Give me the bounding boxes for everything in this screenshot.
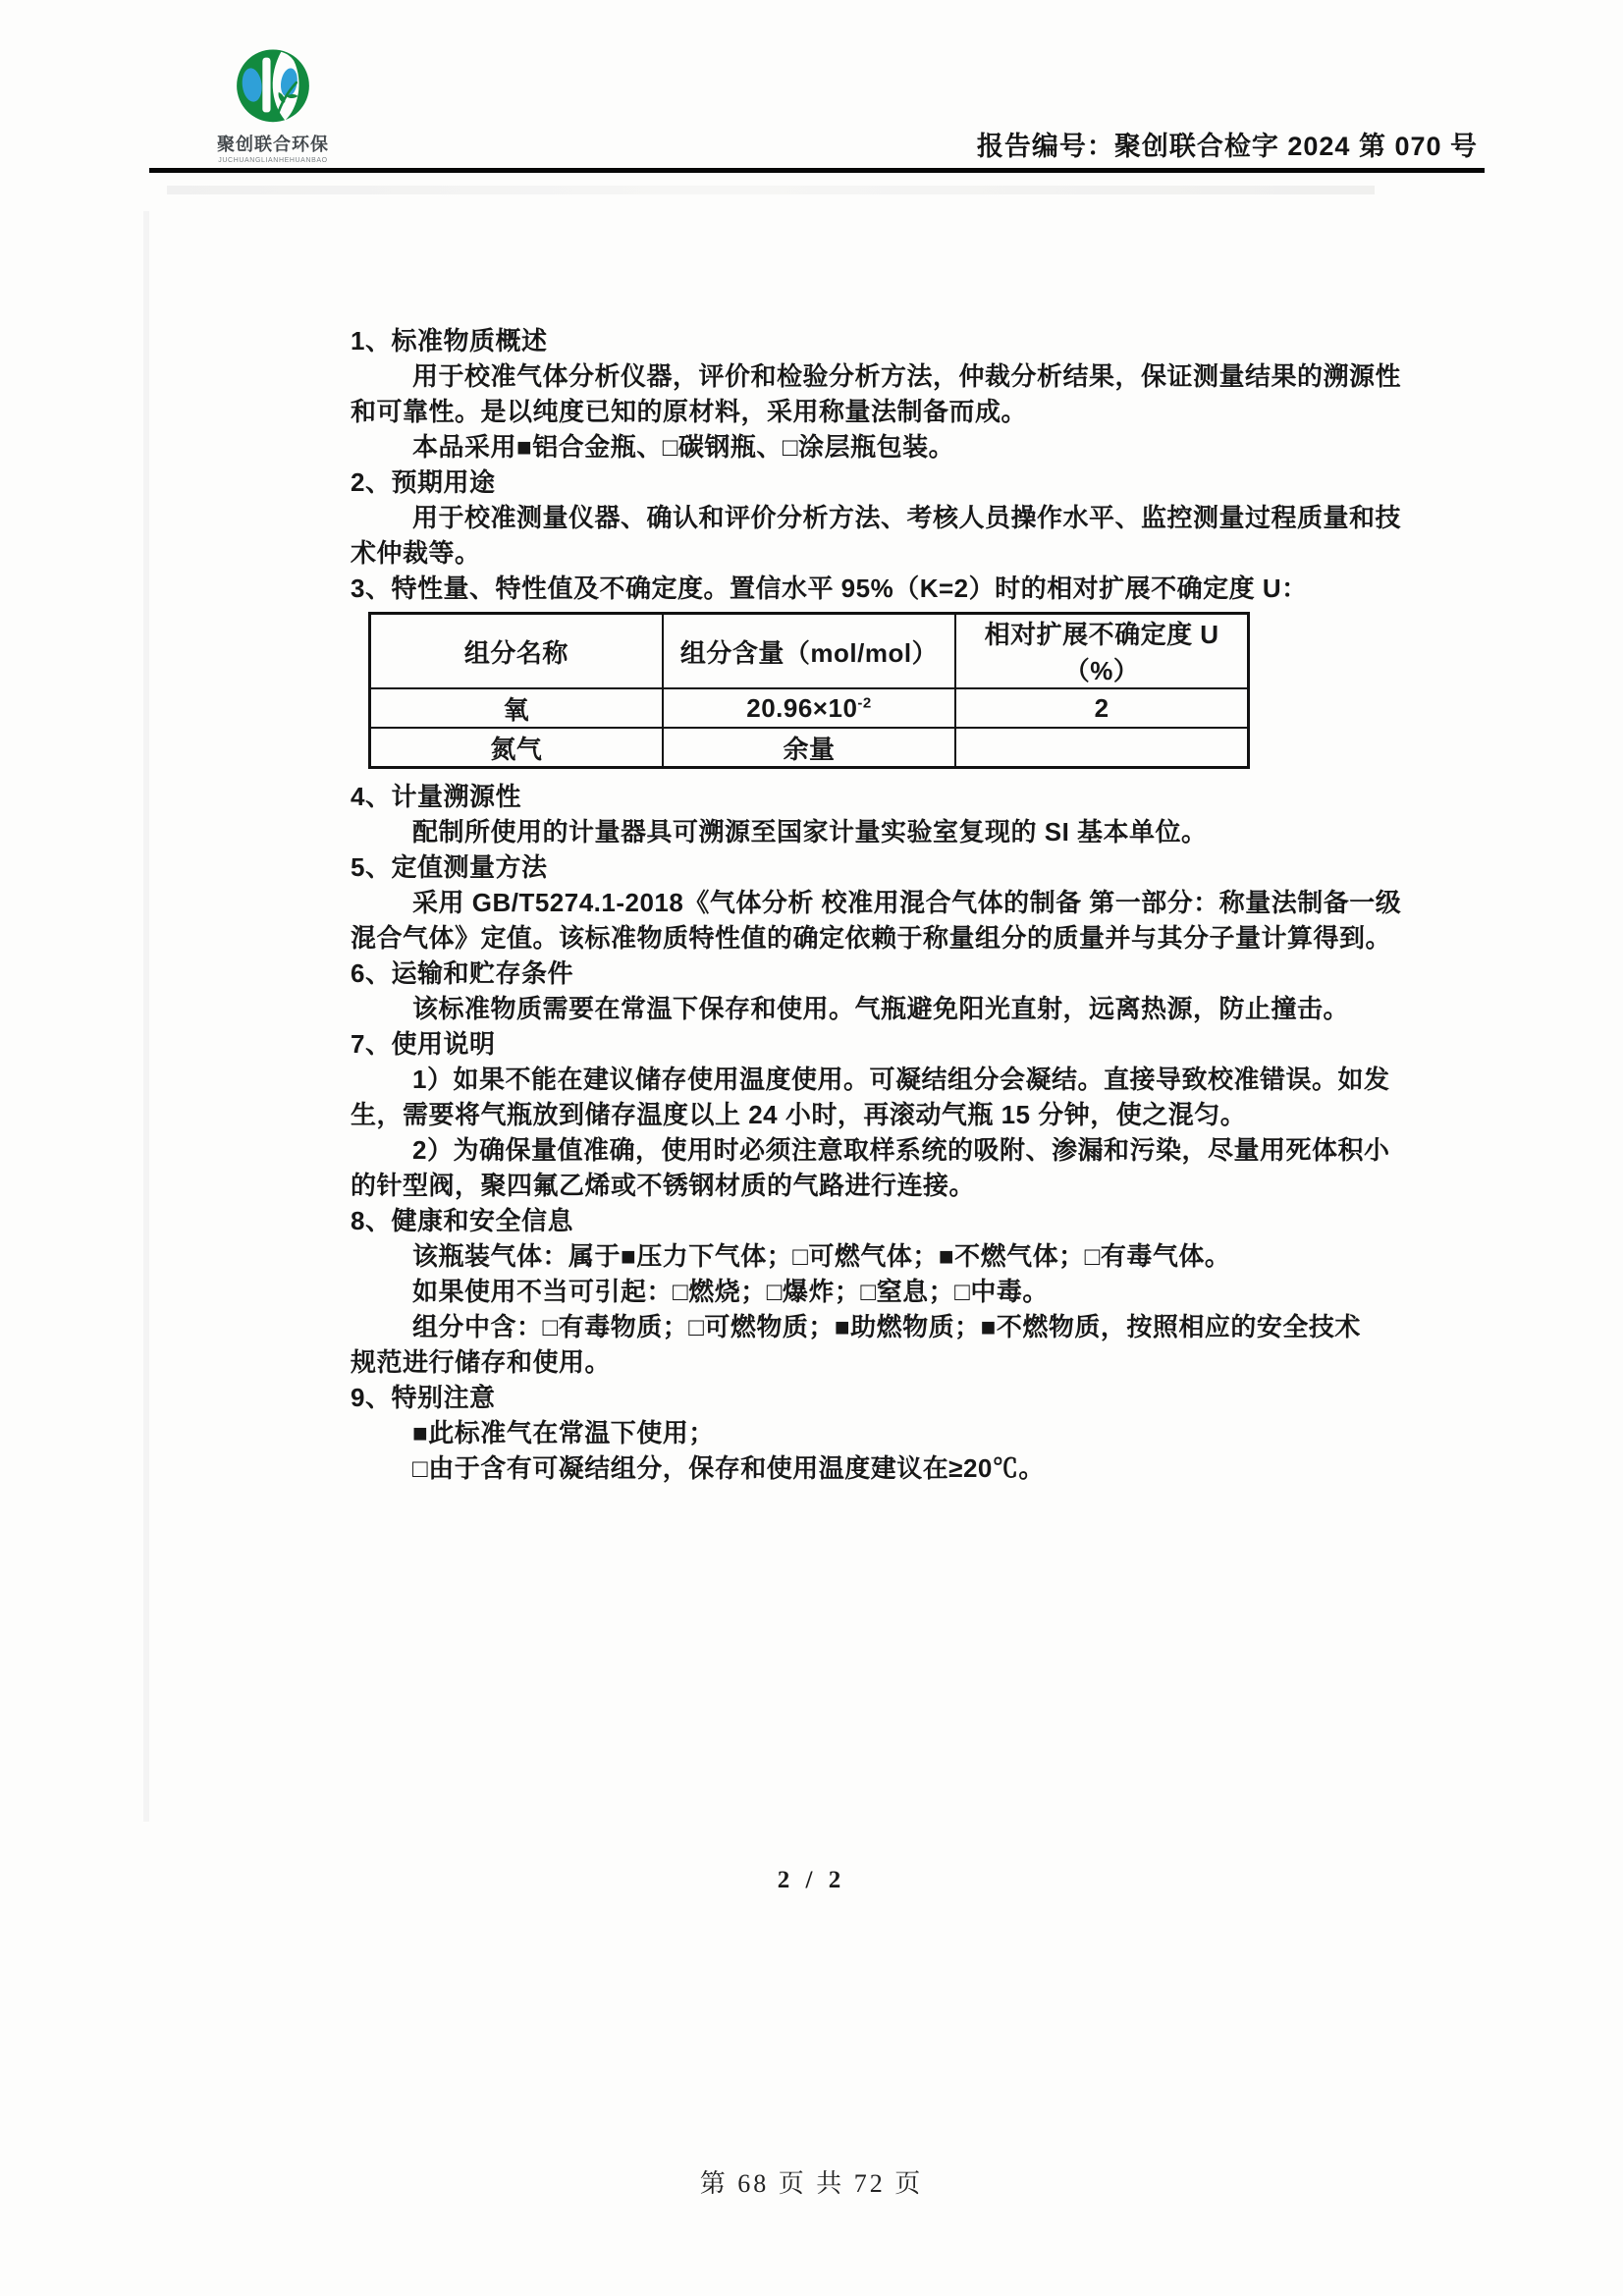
components-table: 组分名称 组分含量（mol/mol） 相对扩展不确定度 U（%） 氧 20.96… [368, 612, 1250, 769]
text-line: 采用 GB/T5274.1-2018《气体分析 校准用混合气体的制备 第一部分：… [351, 885, 1401, 920]
text-line: 规范进行储存和使用。 [351, 1344, 1401, 1380]
text-line: 和可靠性。是以纯度已知的原材料，采用称量法制备而成。 [351, 394, 1401, 429]
body-lines-after-table: 4、计量溯源性配制所使用的计量器具可溯源至国家计量实验室复现的 SI 基本单位。… [351, 779, 1401, 1486]
text-line: 1、标准物质概述 [351, 323, 1401, 358]
value-base: 20.96×10 [746, 693, 857, 723]
text-line: 生，需要将气瓶放到储存温度以上 24 小时，再滚动气瓶 15 分钟，使之混匀。 [351, 1097, 1401, 1132]
table-row-oxygen: 氧 20.96×10-2 2 [370, 688, 1249, 728]
text-line: 该瓶装气体：属于■压力下气体；□可燃气体；■不燃气体；□有毒气体。 [351, 1238, 1401, 1274]
scanned-report-page: 聚创联合环保 JUCHUANGLIANHEHUANBAO 报告编号：聚创联合检字… [0, 0, 1623, 2296]
text-line: 术仲裁等。 [351, 535, 1401, 571]
cell-component-name: 氮气 [370, 728, 663, 768]
cell-uncertainty: 2 [955, 688, 1248, 728]
value-base: 余量 [783, 735, 835, 764]
text-line: 8、健康和安全信息 [351, 1203, 1401, 1238]
header-divider [149, 168, 1485, 173]
text-line: 2）为确保量值准确，使用时必须注意取样系统的吸附、渗漏和污染，尽量用死体积小 [351, 1132, 1401, 1168]
logo-text-en: JUCHUANGLIANHEHUANBAO [210, 157, 336, 164]
page-number-footer: 第 68 页 共 72 页 [0, 2163, 1623, 2200]
text-line: 的针型阀，聚四氟乙烯或不锈钢材质的气路进行连接。 [351, 1168, 1401, 1203]
text-line: 7、使用说明 [351, 1026, 1401, 1062]
text-line: 9、特别注意 [351, 1380, 1401, 1415]
text-line: 1）如果不能在建议储存使用温度使用。可凝结组分会凝结。直接导致校准错误。如发 [351, 1062, 1401, 1097]
col-header-uncertainty: 相对扩展不确定度 U（%） [955, 614, 1248, 689]
scan-artifact-edge [143, 211, 149, 1822]
text-line: ■此标准气在常温下使用； [351, 1415, 1401, 1450]
table-row-nitrogen: 氮气 余量 [370, 728, 1249, 768]
page-indicator: 2 / 2 [0, 1867, 1623, 1894]
company-logo-icon [233, 47, 313, 128]
text-line: 该标准物质需要在常温下保存和使用。气瓶避免阳光直射，远离热源，防止撞击。 [351, 991, 1401, 1026]
scan-artifact-shadow [167, 186, 1375, 194]
text-line: 本品采用■铝合金瓶、□碳钢瓶、□涂层瓶包装。 [351, 429, 1401, 465]
text-line: 5、定值测量方法 [351, 849, 1401, 885]
text-line: 6、运输和贮存条件 [351, 956, 1401, 991]
cell-component-content: 20.96×10-2 [663, 688, 955, 728]
company-logo: 聚创联合环保 JUCHUANGLIANHEHUANBAO [210, 47, 336, 164]
text-line: 用于校准测量仪器、确认和评价分析方法、考核人员操作水平、监控测量过程质量和技 [351, 500, 1401, 535]
cell-uncertainty [955, 728, 1248, 768]
logo-text-cn: 聚创联合环保 [210, 131, 336, 156]
value-exponent: -2 [857, 694, 871, 711]
text-line: 3、特性量、特性值及不确定度。置信水平 95%（K=2）时的相对扩展不确定度 U… [351, 571, 1401, 606]
document-body: 1、标准物质概述用于校准气体分析仪器，评价和检验分析方法，仲裁分析结果，保证测量… [351, 323, 1401, 1486]
report-number: 报告编号：聚创联合检字 2024 第 070 号 [977, 125, 1478, 163]
text-line: □由于含有可凝结组分，保存和使用温度建议在≥20℃。 [351, 1450, 1401, 1486]
text-line: 用于校准气体分析仪器，评价和检验分析方法，仲裁分析结果，保证测量结果的溯源性 [351, 358, 1401, 394]
table-header-row: 组分名称 组分含量（mol/mol） 相对扩展不确定度 U（%） [370, 614, 1249, 689]
text-line: 组分中含：□有毒物质；□可燃物质；■助燃物质；■不燃物质，按照相应的安全技术 [351, 1309, 1401, 1344]
body-lines-before-table: 1、标准物质概述用于校准气体分析仪器，评价和检验分析方法，仲裁分析结果，保证测量… [351, 323, 1401, 606]
text-line: 2、预期用途 [351, 465, 1401, 500]
cell-component-content: 余量 [663, 728, 955, 768]
col-header-component-content: 组分含量（mol/mol） [663, 614, 955, 689]
cell-component-name: 氧 [370, 688, 663, 728]
text-line: 配制所使用的计量器具可溯源至国家计量实验室复现的 SI 基本单位。 [351, 814, 1401, 849]
text-line: 如果使用不当可引起：□燃烧；□爆炸；□窒息；□中毒。 [351, 1274, 1401, 1309]
text-line: 混合气体》定值。该标准物质特性值的确定依赖于称量组分的质量并与其分子量计算得到。 [351, 920, 1401, 956]
text-line: 4、计量溯源性 [351, 779, 1401, 814]
col-header-component-name: 组分名称 [370, 614, 663, 689]
